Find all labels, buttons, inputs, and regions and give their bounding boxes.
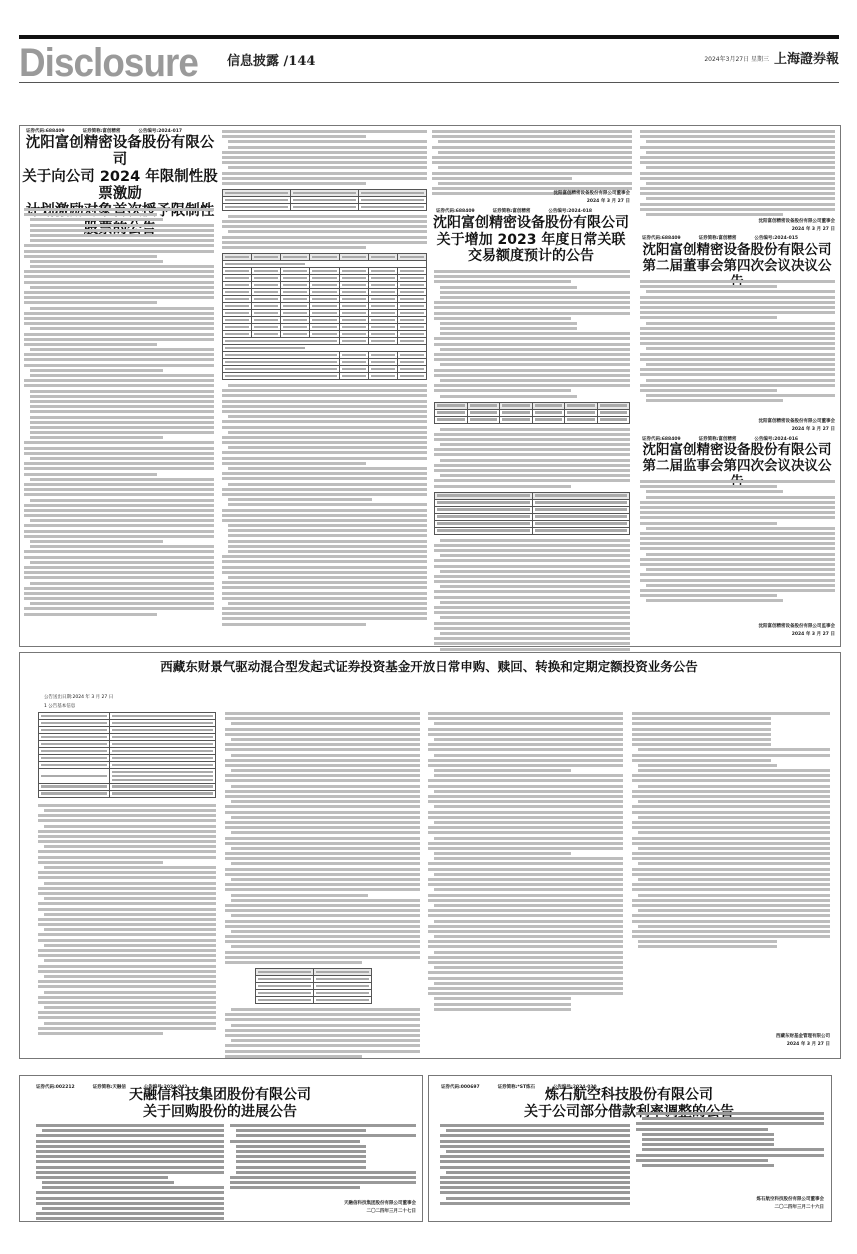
stock-code: 证券代码:688409 (642, 235, 681, 241)
article-title: 西藏东财景气驱动混合型发起式证券投资基金开放日常申购、赎回、转换和定期定额投资业… (19, 660, 839, 675)
financial-table (434, 492, 630, 535)
stock-abbr: 证券简称:富创精密 (699, 235, 737, 241)
article-title: 沈阳富创精密设备股份有限公司 关于增加 2023 年度日常关联 交易额度预计的公… (432, 215, 630, 265)
article-meta: 证券代码:688409 证券简称:富创精密 公告编号:2024-015 (642, 235, 798, 241)
signature-block: 沈阳富创精密设备股份有限公司董事会 2024 年 3 月 27 日 (640, 418, 835, 434)
fund-info-table (38, 712, 216, 798)
article-body-column (640, 480, 835, 605)
signature-block: 沈阳富创精密设备股份有限公司董事会 2024 年 3 月 27 日 (640, 218, 835, 234)
grantee-table (222, 253, 427, 380)
related-transactions-table (434, 402, 630, 424)
stock-abbr: 证券简称:富创精密 (83, 128, 121, 134)
stock-code: 证券代码:688409 (26, 128, 65, 134)
article-body-column (36, 1124, 224, 1223)
issue-date: 2024年3月27日 星期三 (704, 54, 769, 63)
article-body-column (225, 712, 420, 1060)
notice-number: 公告编号:2024-015 (754, 235, 798, 241)
article-body-column (222, 130, 427, 628)
notice-date: 公告送出日期:2024 年 3 月 27 日 (44, 694, 113, 700)
signature-block: 炼石航空科技股份有限公司董事会 二〇二四年三月二十六日 (636, 1196, 824, 1212)
article-meta: 证券代码:688409 证券简称:富创精密 公告编号:2024-018 (436, 208, 592, 214)
article-body-column (632, 712, 830, 951)
allocation-table (222, 189, 427, 211)
stock-abbr: 证券简称:富创精密 (493, 208, 531, 214)
masthead-underline (19, 82, 839, 83)
signature-block: 天融信科技集团股份有限公司董事会 二〇二四年三月二十七日 (230, 1200, 416, 1216)
stock-code: 证券代码:688409 (436, 208, 475, 214)
masthead-rule (19, 35, 839, 39)
notice-number: 公告编号:2024-018 (548, 208, 592, 214)
newspaper-name: 上海證券報 (774, 48, 839, 67)
article-body-column (636, 1112, 824, 1169)
section-heading: 1 公告基本信息 (44, 703, 75, 709)
section-title: 信息披露 /144 (227, 50, 315, 69)
signature-block: 沈阳富创精密设备股份有限公司董事会 2024 年 3 月 27 日 (432, 190, 630, 206)
fee-table (255, 968, 372, 1004)
article-body-column (640, 280, 835, 405)
article-body-column (434, 270, 630, 679)
article-meta: 证券代码:688409 证券简称:富创精密 公告编号:2024-017 (26, 128, 182, 134)
signature-block: 沈阳富创精密设备股份有限公司监事会 2024 年 3 月 27 日 (640, 623, 835, 639)
signature-block: 西藏东财基金管理有限公司 2024 年 3 月 27 日 (632, 1033, 830, 1049)
article-body-column (440, 1124, 630, 1207)
article-body-column (640, 130, 835, 218)
notice-number: 公告编号:2024-017 (138, 128, 182, 134)
brand-logo: Disclosure (19, 44, 198, 82)
article-body-column (24, 208, 214, 618)
article-title: 天融信科技集团股份有限公司 关于回购股份的进展公告 (19, 1087, 421, 1120)
article-body-column (432, 130, 632, 197)
article-body-column (230, 1124, 416, 1191)
masthead: Disclosure 信息披露 /144 2024年3月27日 星期三 上海證券… (19, 44, 839, 82)
fund-info-table-wrap (38, 712, 216, 1037)
article-body-column (428, 712, 623, 1013)
